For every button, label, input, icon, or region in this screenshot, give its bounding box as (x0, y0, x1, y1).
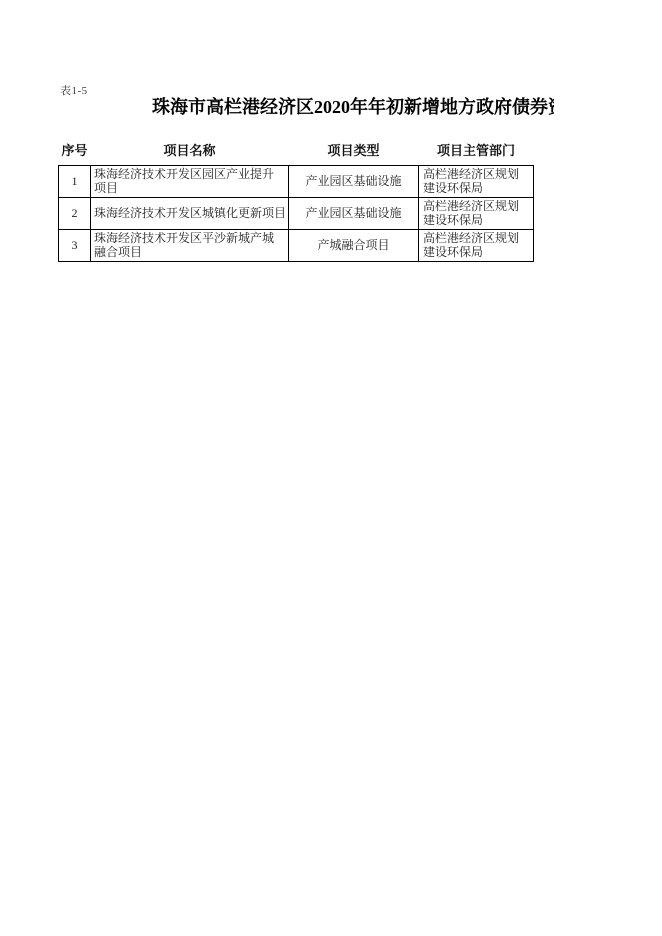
projects-table: 序号 项目名称 项目类型 项目主管部门 1 珠海经济技术开发区园区产业提升 项目… (58, 139, 534, 262)
column-header-index: 序号 (59, 139, 91, 165)
cell-project-type: 产业园区基础设施 (289, 197, 419, 229)
column-header-project-type: 项目类型 (289, 139, 419, 165)
table-number-label: 表1-5 (60, 82, 88, 98)
column-header-department: 项目主管部门 (419, 139, 534, 165)
cell-index: 3 (59, 229, 91, 261)
cell-project-name: 珠海经济技术开发区城镇化更新项目 (91, 197, 289, 229)
cell-index: 2 (59, 197, 91, 229)
cell-project-name: 珠海经济技术开发区平沙新城产城 融合项目 (91, 229, 289, 261)
cell-department: 高栏港经济区规划 建设环保局 (419, 197, 534, 229)
column-header-project-name: 项目名称 (91, 139, 289, 165)
cell-project-type: 产业园区基础设施 (289, 165, 419, 197)
cell-project-name: 珠海经济技术开发区园区产业提升 项目 (91, 165, 289, 197)
document-title-clip: 珠海市高栏港经济区2020年年初新增地方政府债券资 (152, 94, 554, 121)
table-row: 2 珠海经济技术开发区城镇化更新项目 产业园区基础设施 高栏港经济区规划 建设环… (59, 197, 534, 229)
cell-project-type: 产城融合项目 (289, 229, 419, 261)
cell-index: 1 (59, 165, 91, 197)
table-row: 3 珠海经济技术开发区平沙新城产城 融合项目 产城融合项目 高栏港经济区规划 建… (59, 229, 534, 261)
table-header-row: 序号 项目名称 项目类型 项目主管部门 (59, 139, 534, 165)
cell-department: 高栏港经济区规划 建设环保局 (419, 165, 534, 197)
document-title: 珠海市高栏港经济区2020年年初新增地方政府债券资 (152, 94, 554, 121)
table-row: 1 珠海经济技术开发区园区产业提升 项目 产业园区基础设施 高栏港经济区规划 建… (59, 165, 534, 197)
cell-department: 高栏港经济区规划 建设环保局 (419, 229, 534, 261)
